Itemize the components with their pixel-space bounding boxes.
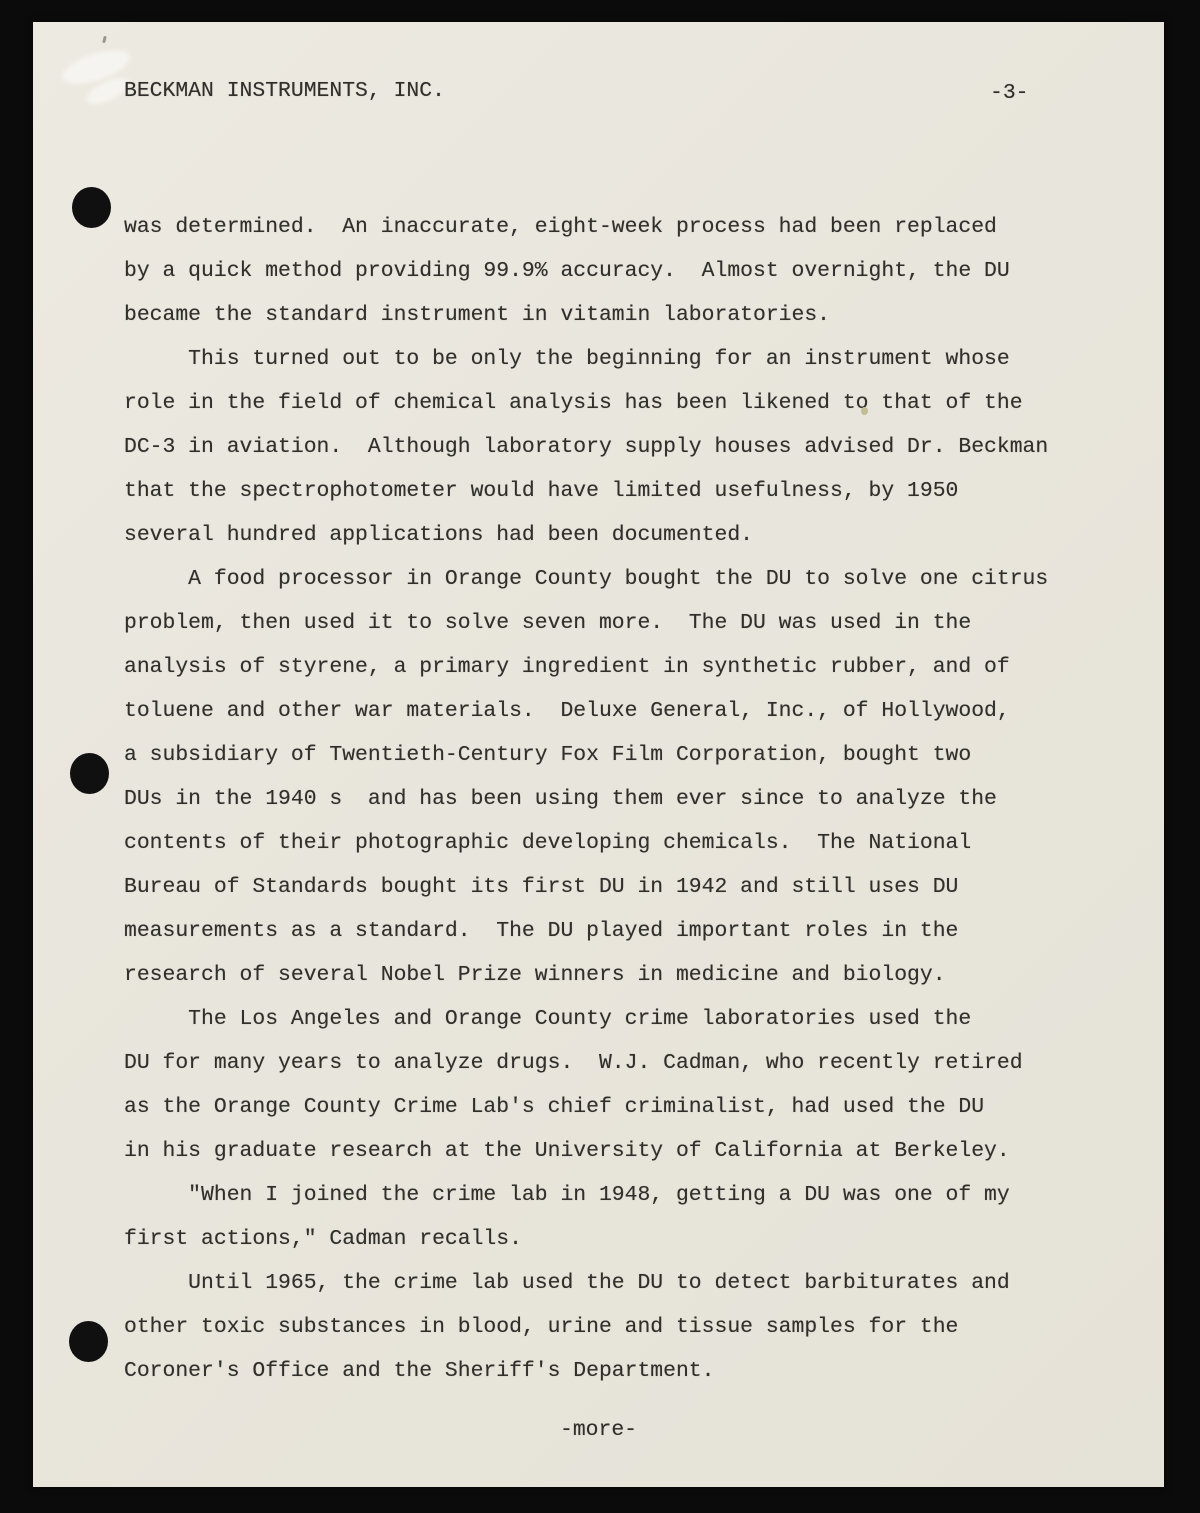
text-line: toluene and other war materials. Deluxe … xyxy=(124,689,1134,733)
text-line: contents of their photographic developin… xyxy=(124,821,1134,865)
company-name: BECKMAN INSTRUMENTS, INC. xyxy=(124,79,445,103)
hole-punch xyxy=(69,1321,108,1362)
text-line: research of several Nobel Prize winners … xyxy=(124,953,1134,997)
text-line: The Los Angeles and Orange County crime … xyxy=(124,997,1134,1041)
text-line: Bureau of Standards bought its first DU … xyxy=(124,865,1134,909)
text-line: as the Orange County Crime Lab's chief c… xyxy=(124,1085,1134,1129)
dust-mark xyxy=(102,36,107,44)
paper-speck xyxy=(861,407,868,415)
paper-sheet: BECKMAN INSTRUMENTS, INC. -3- was determ… xyxy=(33,22,1164,1487)
text-line: DUs in the 1940 s and has been using the… xyxy=(124,777,1134,821)
text-line: "When I joined the crime lab in 1948, ge… xyxy=(124,1173,1134,1217)
hole-punch xyxy=(72,187,111,228)
document-body: was determined. An inaccurate, eight-wee… xyxy=(124,205,1134,1393)
page-number: -3- xyxy=(990,81,1029,105)
text-line: in his graduate research at the Universi… xyxy=(124,1129,1134,1173)
text-line: was determined. An inaccurate, eight-wee… xyxy=(124,205,1134,249)
text-line: by a quick method providing 99.9% accura… xyxy=(124,249,1134,293)
text-line: Until 1965, the crime lab used the DU to… xyxy=(124,1261,1134,1305)
text-line: that the spectrophotometer would have li… xyxy=(124,469,1134,513)
text-line: a subsidiary of Twentieth-Century Fox Fi… xyxy=(124,733,1134,777)
hole-punch xyxy=(70,753,109,794)
text-line: This turned out to be only the beginning… xyxy=(124,337,1134,381)
scan-background: { "document": { "header": { "company_nam… xyxy=(0,0,1200,1513)
text-line: became the standard instrument in vitami… xyxy=(124,293,1134,337)
text-line: DC-3 in aviation. Although laboratory su… xyxy=(124,425,1134,469)
text-line: Coroner's Office and the Sheriff's Depar… xyxy=(124,1349,1134,1393)
text-line: other toxic substances in blood, urine a… xyxy=(124,1305,1134,1349)
text-line: measurements as a standard. The DU playe… xyxy=(124,909,1134,953)
text-line: several hundred applications had been do… xyxy=(124,513,1134,557)
text-line: DU for many years to analyze drugs. W.J.… xyxy=(124,1041,1134,1085)
text-line: problem, then used it to solve seven mor… xyxy=(124,601,1134,645)
text-line: analysis of styrene, a primary ingredien… xyxy=(124,645,1134,689)
text-line: A food processor in Orange County bought… xyxy=(124,557,1134,601)
footer-marker: -more- xyxy=(33,1418,1164,1442)
text-line: role in the field of chemical analysis h… xyxy=(124,381,1134,425)
text-line: first actions," Cadman recalls. xyxy=(124,1217,1134,1261)
